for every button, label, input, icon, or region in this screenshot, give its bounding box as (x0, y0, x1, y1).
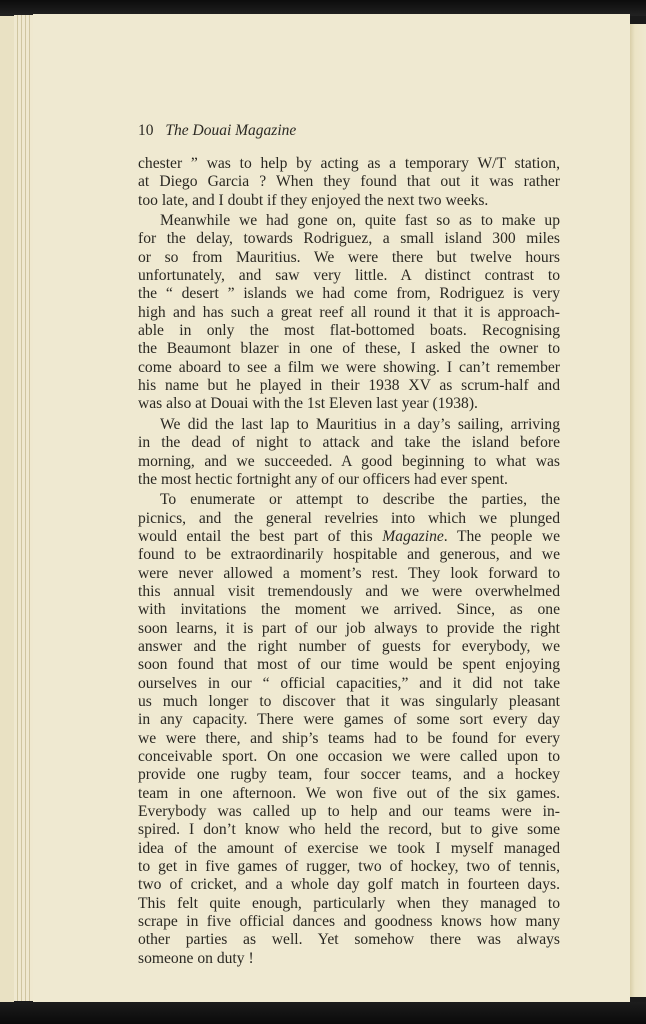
text-line: idea of the amount of exercise we took I… (138, 840, 560, 858)
next-page-curl (630, 24, 646, 997)
text-line: scrape in five official dances and goodn… (138, 913, 560, 931)
text-line: Meanwhile we had gone on, quite fast so … (138, 212, 560, 230)
text-line: would entail the best part of this Magaz… (138, 528, 560, 546)
text-line: come aboard to see a film we were showin… (138, 359, 560, 377)
article-body: chester ” was to help by acting as a tem… (138, 155, 560, 968)
text-line: To enumerate or attempt to describe the … (138, 491, 560, 509)
paragraph: To enumerate or attempt to describe the … (138, 491, 560, 968)
text-line: or so from Mauritius. We were there but … (138, 249, 560, 267)
page-number: 10 (138, 122, 154, 139)
text-line: his name but he played in their 1938 XV … (138, 377, 560, 395)
text-line: the most hectic fortnight any of our off… (138, 471, 560, 489)
text-line: unfortunately, and saw very little. A di… (138, 267, 560, 285)
text-line: This felt quite enough, particularly whe… (138, 895, 560, 913)
text-line: team in one afternoon. We won five out o… (138, 785, 560, 803)
text-line: too late, and I doubt if they enjoyed th… (138, 192, 560, 210)
running-title: The Douai Magazine (165, 122, 296, 139)
text-line: We did the last lap to Mauritius in a da… (138, 416, 560, 434)
text-line: high and has such a great reef all round… (138, 304, 560, 322)
text-line: soon learns, it is part of our job alway… (138, 620, 560, 638)
text-line: chester ” was to help by acting as a tem… (138, 155, 560, 173)
paragraph: We did the last lap to Mauritius in a da… (138, 416, 560, 489)
book-cover-bottom-edge (0, 1002, 646, 1024)
text-line: to get in five games of rugger, two of h… (138, 858, 560, 876)
text-line: morning, and we succeeded. A good beginn… (138, 453, 560, 471)
text-line: us much longer to discover that it was s… (138, 693, 560, 711)
text-line: found to be extraordinarily hospitable a… (138, 546, 560, 564)
text-line: the “ desert ” islands we had come from,… (138, 285, 560, 303)
facing-page-edge (0, 16, 14, 1002)
stacked-page-edges (14, 15, 34, 1001)
text-line: someone on duty ! (138, 950, 560, 968)
text-line: we were there, and ship’s teams had to b… (138, 730, 560, 748)
paragraph: Meanwhile we had gone on, quite fast so … (138, 212, 560, 414)
text-line: provide one rugby team, four soccer team… (138, 766, 560, 784)
text-line: the Beaumont blazer in one of these, I a… (138, 340, 560, 358)
text-line: answer and the right number of guests fo… (138, 638, 560, 656)
text-line: picnics, and the general revelries into … (138, 510, 560, 528)
text-line: two of cricket, and a whole day golf mat… (138, 876, 560, 894)
text-run: would entail the best part of this (138, 528, 382, 545)
text-line: soon found that most of our time would b… (138, 656, 560, 674)
text-line: with invitations the moment we arrived. … (138, 601, 560, 619)
text-line: conceivable sport. On one occasion we we… (138, 748, 560, 766)
text-line: for the delay, towards Rodriguez, a smal… (138, 230, 560, 248)
text-line: Everybody was called up to help and our … (138, 803, 560, 821)
text-line: spired. I don’t know who held the record… (138, 821, 560, 839)
text-line: in the dead of night to attack and take … (138, 434, 560, 452)
text-line: ourselves in our “ official capacities,”… (138, 675, 560, 693)
text-line: this annual visit tremendously and we we… (138, 583, 560, 601)
running-header: 10 The Douai Magazine (138, 122, 296, 140)
text-run: . The people we (444, 528, 560, 545)
text-line: able in only the most flat-bottomed boat… (138, 322, 560, 340)
text-line: was also at Douai with the 1st Eleven la… (138, 395, 560, 413)
text-line: at Diego Garcia ? When they found that o… (138, 173, 560, 191)
text-line: were never allowed a moment’s rest. They… (138, 565, 560, 583)
paragraph: chester ” was to help by acting as a tem… (138, 155, 560, 210)
text-line: in any capacity. There were games of som… (138, 711, 560, 729)
text-line: other parties as well. Yet somehow there… (138, 931, 560, 949)
magazine-title-italic: Magazine (382, 528, 444, 545)
